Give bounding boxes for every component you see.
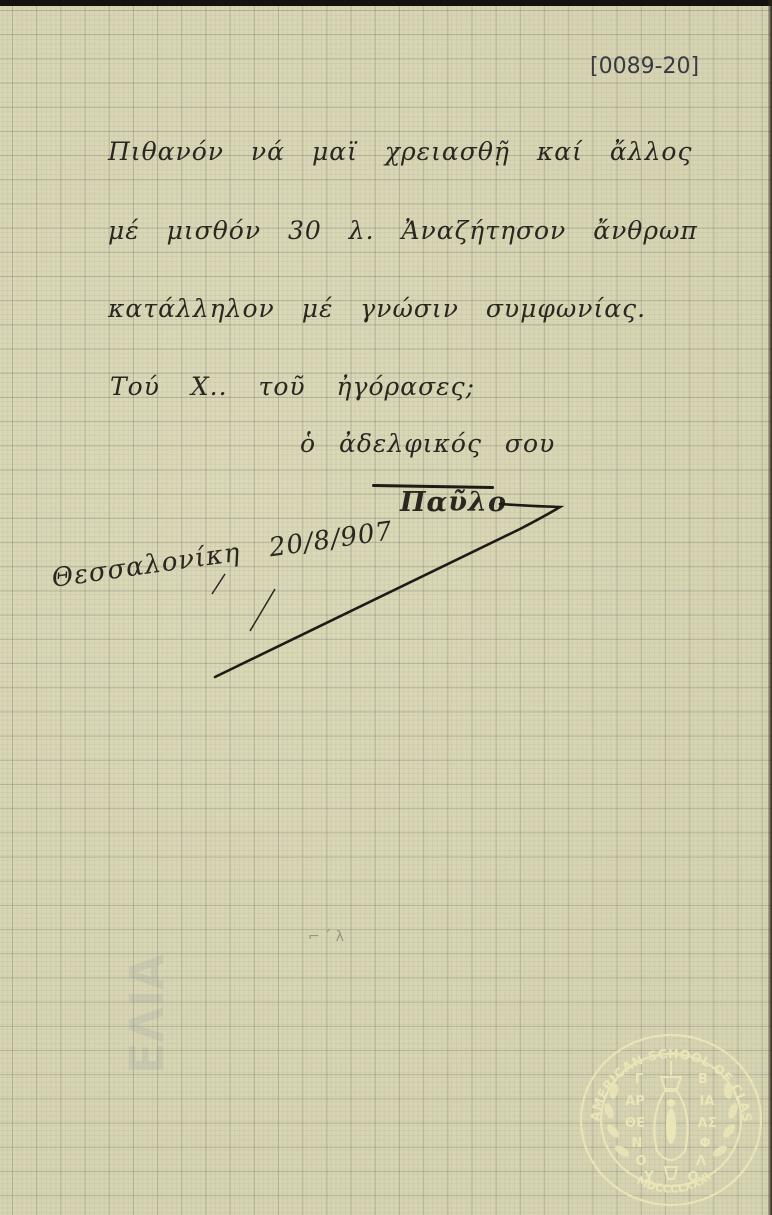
scan-top-border [0,0,772,6]
place-and-date: Θεσσαλονίκη 20/8/907 [50,516,395,594]
svg-text:ΑΡ: ΑΡ [625,1094,645,1109]
svg-text:Ν: Ν [632,1136,643,1151]
letter-line-1: Πιθανόν νά μαϊ χρειασθῇ καί ἄλλος [108,137,692,166]
archive-reference-number: [0089-20] [590,54,699,79]
scan-right-border [768,0,772,1215]
svg-text:Ο: Ο [687,1170,698,1185]
svg-text:Β: Β [698,1072,708,1087]
svg-text:Υ: Υ [643,1170,654,1185]
svg-text:ΙΑ: ΙΑ [700,1094,715,1109]
svg-text:Γ: Γ [635,1072,643,1087]
bleed-through-text: ΕΛΙΑ [120,804,190,1074]
document-page: ΕΛΙΑ [0089-20] Πιθανόν νά μαϊ χρειασθῇ κ… [0,4,772,1215]
svg-text:Ο: Ο [635,1154,646,1169]
letter-line-3: κατάλληλον μέ γνώσιν συμφωνίας. [108,294,646,323]
signature: Παῦλο [400,487,507,518]
svg-text:Φ: Φ [699,1136,710,1151]
letter-line-4: Τού Χ.. τοῦ ἠγόρασες; [110,372,475,401]
institution-seal-stamp: AMERICAN SCHOOL OF CLASSICAL STUDIES AT … [577,1031,765,1209]
letter-line-2: μέ μισθόν 30 λ. Ἀναζήτησον ἄνθρωπ [108,216,698,245]
pencil-note: ⌐ ´ λ [308,929,344,945]
svg-text:ΑΣ: ΑΣ [698,1116,717,1131]
letter-closing: ὁ ἀδελφικός σου [300,429,555,458]
svg-text:ΘΕ: ΘΕ [625,1116,645,1131]
svg-text:Λ: Λ [696,1154,706,1169]
